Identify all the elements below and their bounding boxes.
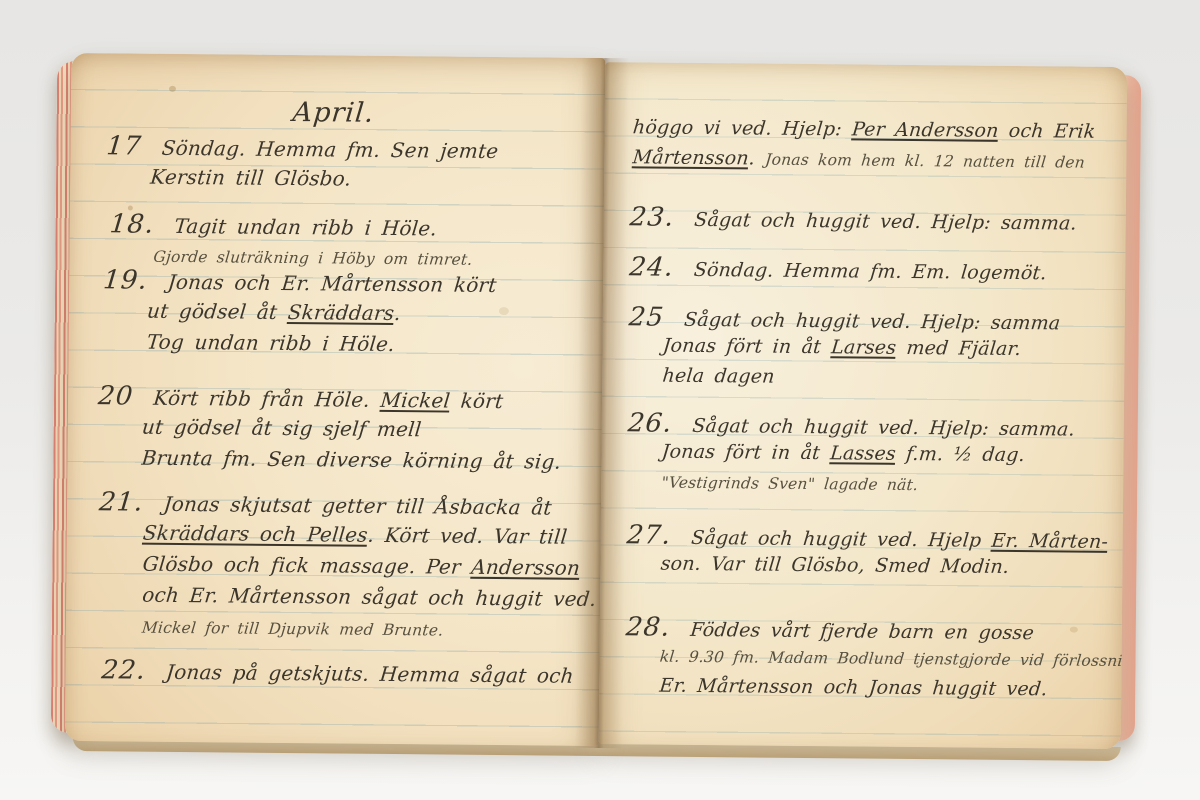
right-page: höggo vi ved. Hjelp: Per Andersson och E… [599,62,1128,749]
text-segment: ut gödsel åt [146,299,289,324]
text-segment: 19. [102,265,170,296]
underlined-word: Mårtensson [632,146,750,169]
diary-entry-22: 22. Jonas på getskjuts. Hemma sågat och [101,657,574,693]
handwritten-line: Skräddars och Pelles. Kört ved. Var till [141,521,598,556]
text-segment: Jonas på getskjuts. Hemma sågat och [165,660,575,688]
underlined-word: Skräddars och Pelles [142,521,369,547]
text-segment: 24. [628,252,696,283]
text-segment: 21. [98,487,166,518]
diary-entry-28: 28. Föddes vårt fjerde barn en gossekl. … [625,614,1127,709]
text-segment: Glösbo och fick massage. Per [142,552,473,579]
underlined-word: Skräddars [287,300,396,325]
handwritten-line: Jonas fört in åt Lasses f.m. ½ dag. [660,441,1076,475]
text-segment: Kört ribb från Höle. [152,386,381,412]
text-segment: Föddes vårt fjerde barn en gosse [689,619,1035,644]
diary-entry-23: 23. Sågat och huggit ved. Hjelp: samma. [630,204,1077,238]
text-segment: 25 [628,302,686,333]
text-segment: Brunta fm. Sen diverse körning åt sig. [141,446,563,474]
text-segment: son. Var till Glösbo, Smed Modin. [660,553,1011,578]
text-segment: . Kört ved. Var till [367,523,569,549]
text-segment: och Er. Mårtensson sågat och huggit ved. [141,583,597,611]
text-segment: "Vestigrinds Sven" lagade nät. [661,474,919,494]
handwritten-line: Glösbo och fick massage. Per Andersson [141,552,598,587]
diary-entry-20: 20 Kört ribb från Höle. Mickel körtut gö… [97,383,561,480]
handwritten-line: 23. Sågat och huggit ved. Hjelp: samma. [628,204,1078,238]
text-segment: och Erik [998,120,1097,143]
handwritten-line: Mickel for till Djupvik med Brunte. [140,614,597,649]
handwritten-line: Mårtensson. Jonas kom hem kl. 12 natten … [631,146,1096,180]
month-header: April. [291,97,376,129]
handwritten-line: Kerstin till Glösbo. [149,165,500,199]
handwritten-line: Brunta fm. Sen diverse körning åt sig. [140,446,562,481]
text-segment: 26. [627,408,695,439]
diary-entry-27: 27. Sågat och huggit ved. Hjelp Er. Mårt… [626,522,1108,587]
text-segment: ut gödsel åt sig sjelf mell [141,415,423,442]
left-page-content: April. 17 Söndag. Hemma fm. Sen jemteKer… [65,53,606,746]
diary-entry-22-continuation: höggo vi ved. Hjelp: Per Andersson och E… [632,116,1095,180]
handwritten-line: 26. Sågat och huggit ved. Hjelp: samma. [626,410,1076,444]
paper-stain [128,205,133,210]
underlined-word: Andersson [470,555,581,580]
text-segment: Sågat och huggit ved. Hjelp: samma. [691,415,1076,441]
handwritten-line: och Er. Mårtensson sågat och huggit ved. [141,583,598,618]
underlined-word: Er. Mårten- [990,530,1109,553]
diary-entry-21: 21. Jonas skjutsat getter till Åsbacka å… [98,489,597,649]
text-segment: kl. 9.30 fm. Madam Bodlund tjenstgjorde … [659,648,1127,671]
diary-entry-26: 26. Sågat och huggit ved. Hjelp: samma.J… [627,410,1075,504]
text-segment: Jonas kom hem kl. 12 natten till den [764,151,1085,172]
text-segment: Tagit undan ribb i Höle. [173,214,438,240]
handwritten-line: 21. Jonas skjutsat getter till Åsbacka å… [97,489,598,525]
text-segment: Jonas skjutsat getter till Åsbacka åt [163,492,553,520]
paper-stain [1070,627,1078,633]
text-segment: kört [449,389,504,413]
text-segment: Gjorde sluträkning i Höby om timret. [153,248,474,269]
handwritten-line: 18. Tagit undan ribb i Höle. [108,211,474,245]
handwritten-line: 20 Kört ribb från Höle. Mickel kört [97,383,563,418]
paper-stain [499,307,509,315]
text-segment: . [393,301,402,325]
handwritten-line: 27. Sågat och huggit ved. Hjelp Er. Mårt… [625,522,1109,557]
diary-entry-17: 17 Söndag. Hemma fm. Sen jemteKerstin ti… [106,133,498,199]
handwritten-line: höggo vi ved. Hjelp: Per Andersson och E… [631,116,1096,150]
handwritten-line: son. Var till Glösbo, Smed Modin. [659,553,1109,587]
handwritten-line: "Vestigrinds Sven" lagade nät. [660,471,1076,505]
diary-book: April. 17 Söndag. Hemma fm. Sen jemteKer… [51,51,1148,755]
handwritten-line: hela dagen [661,365,1062,399]
text-segment: Tog undan ribb i Höle. [146,330,396,356]
underlined-word: Larses [830,336,897,359]
underlined-word: Per Andersson [851,118,1000,141]
text-segment: 23. [629,202,697,233]
paper-stain [169,86,176,92]
handwritten-line: kl. 9.30 fm. Madam Bodlund tjenstgjorde … [658,645,1127,680]
handwritten-line: 25 Sågat och huggit ved. Hjelp: samma [627,304,1062,338]
text-segment: Mickel for till Djupvik med Brunte. [141,619,444,640]
handwritten-line: 24. Söndag. Hemma fm. Em. logemöt. [628,254,1048,288]
text-segment: Söndag. Hemma fm. Sen jemte [161,136,500,163]
text-segment: Kerstin till Glösbo. [149,165,352,191]
text-segment: 20 [97,381,155,412]
text-segment: hela dagen [662,365,776,388]
handwritten-line: Jonas fört in åt Larses med Fjälar. [661,335,1062,369]
underlined-word: Mickel [379,388,451,413]
diary-entry-19: 19. Jonas och Er. Mårtensson körtut göds… [102,267,496,364]
text-segment: 28. [625,612,693,643]
text-segment: Söndag. Hemma fm. Em. logemöt. [693,259,1048,284]
text-segment: Jonas och Er. Mårtensson kört [167,270,498,297]
right-page-content: höggo vi ved. Hjelp: Per Andersson och E… [599,62,1128,749]
handwritten-line: ut gödsel åt Skräddars. [145,299,497,333]
underlined-word: Lasses [829,442,897,465]
text-segment: Jonas fört in åt [661,441,832,465]
handwritten-line: 17 Söndag. Hemma fm. Sen jemte [105,133,500,168]
text-segment: med Fjälar. [895,337,1022,360]
text-segment: 27. [625,520,693,551]
handwritten-line: Er. Mårtensson och Jonas huggit ved. [658,675,1127,710]
handwritten-line: 22. Jonas på getskjuts. Hemma sågat och [100,657,575,693]
handwritten-line: 19. Jonas och Er. Mårtensson kört [102,267,498,302]
text-segment: Sågat och huggit ved. Hjelp: samma [683,309,1061,335]
diary-entry-25: 25 Sågat och huggit ved. Hjelp: sammaJon… [628,304,1060,398]
text-segment: 17 [105,131,163,162]
text-segment: Sågat och huggit ved. Hjelp [690,527,992,552]
text-segment: Er. Mårtensson och Jonas huggit ved. [659,675,1049,701]
text-segment: Sågat och huggit ved. Hjelp: samma. [693,209,1078,235]
text-segment: 18. [108,209,176,240]
handwritten-line: Tog undan ribb i Höle. [145,330,497,364]
text-segment: höggo vi ved. Hjelp: [632,116,853,140]
left-page: April. 17 Söndag. Hemma fm. Sen jemteKer… [65,53,606,746]
text-segment: f.m. ½ dag. [895,443,1026,466]
photo-background: April. 17 Söndag. Hemma fm. Sen jemteKer… [0,0,1200,800]
diary-entry-24: 24. Söndag. Hemma fm. Em. logemöt. [629,254,1047,288]
handwritten-line: ut gödsel åt sig sjelf mell [140,415,562,450]
text-segment: 22. [100,655,168,686]
text-segment: Jonas fört in åt [662,335,833,359]
